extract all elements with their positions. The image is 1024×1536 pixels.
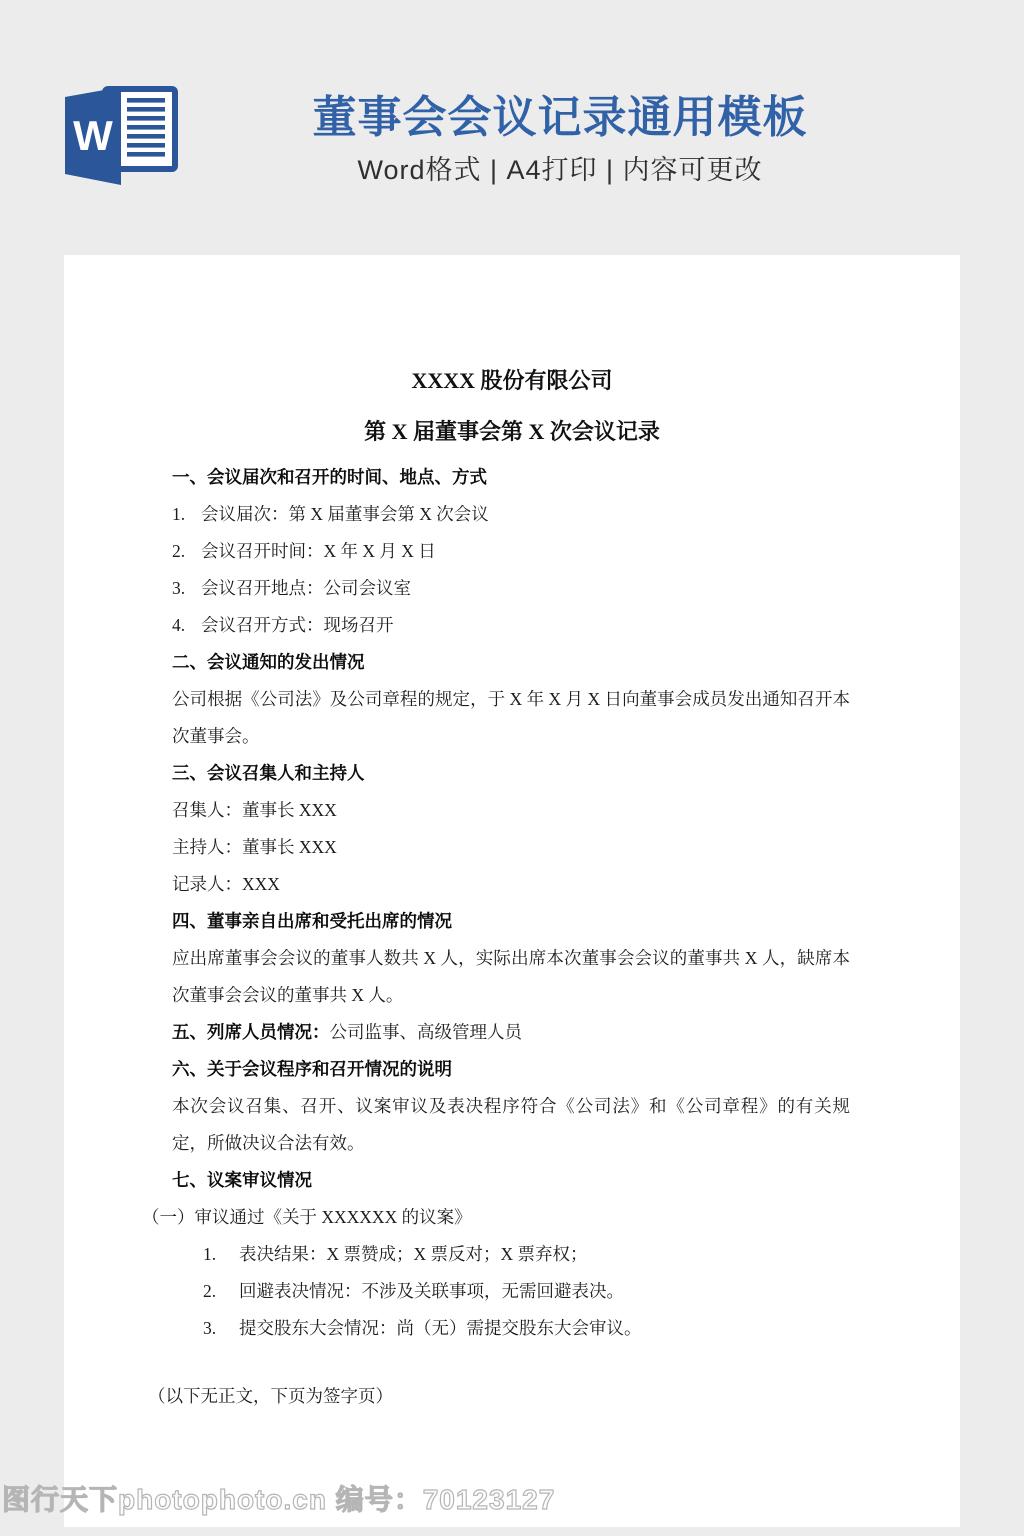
sub-list-item: 3.提交股东大会情况：尚（无）需提交股东大会审议。 [203, 1310, 960, 1347]
watermark-text: 图行天下photophoto.cn 编号：70123127 [2, 1478, 555, 1518]
document-page: XXXX 股份有限公司 第 X 届董事会第 X 次会议记录 一、会议届次和召开的… [64, 255, 960, 1527]
list-item-number: 4. [172, 607, 201, 644]
page-subtitle: Word格式 | A4打印 | 内容可更改 [96, 154, 1024, 186]
paragraph: 应出席董事会会议的董事人数共 X 人，实际出席本次董事会会议的董事共 X 人，缺… [172, 940, 850, 1014]
list-item: 2.会议召开时间：X 年 X 月 X 日 [172, 533, 960, 570]
page-title: 董事会会议记录通用模板 [96, 90, 1024, 146]
document-titles: XXXX 股份有限公司 第 X 届董事会第 X 次会议记录 [64, 255, 960, 457]
list-item: 1.会议届次：第 X 届董事会第 X 次会议 [172, 496, 960, 533]
header: W 董事会会议记录通用模板 Word格式 | A4打印 | 内容可更改 [0, 0, 1024, 255]
list-item-number: 3. [172, 570, 201, 607]
document-body: 一、会议届次和召开的时间、地点、方式 1.会议届次：第 X 届董事会第 X 次会… [64, 457, 960, 1415]
list-item-text: 会议召开时间：X 年 X 月 X 日 [201, 541, 436, 561]
template-preview-page: { "header": { "title": "董事会会议记录通用模板", "s… [0, 0, 1024, 1536]
paragraph: 召集人：董事长 XXX [172, 792, 850, 829]
list-item: 4.会议召开方式：现场召开 [172, 607, 960, 644]
sub-list-item-text: 表决结果：X 票赞成；X 票反对；X 票弃权； [239, 1244, 588, 1264]
sub-list-item-number: 1. [203, 1236, 239, 1273]
section-heading-2: 二、会议通知的发出情况 [172, 644, 960, 681]
sub-list-item-number: 2. [203, 1273, 239, 1310]
list-item-text: 会议届次：第 X 届董事会第 X 次会议 [201, 504, 489, 524]
section-heading-3: 三、会议召集人和主持人 [172, 755, 960, 792]
list-item-number: 1. [172, 496, 201, 533]
document-subtitle: 第 X 届董事会第 X 次会议记录 [64, 406, 960, 457]
section-heading-5: 五、列席人员情况：公司监事、高级管理人员 [172, 1014, 960, 1051]
list-item-text: 会议召开方式：现场召开 [201, 615, 394, 635]
section-heading-7: 七、议案审议情况 [172, 1162, 960, 1199]
paragraph: 主持人：董事长 XXX [172, 829, 850, 866]
sub-list-item-text: 回避表决情况：不涉及关联事项，无需回避表决。 [239, 1281, 624, 1301]
section-heading-5-label: 五、列席人员情况： [172, 1022, 330, 1042]
paragraph: 记录人：XXX [172, 866, 850, 903]
section-heading-5-value: 公司监事、高级管理人员 [330, 1022, 523, 1042]
list-item: 3.会议召开地点：公司会议室 [172, 570, 960, 607]
list-item-text: 会议召开地点：公司会议室 [201, 578, 411, 598]
paragraph: 公司根据《公司法》及公司章程的规定，于 X 年 X 月 X 日向董事会成员发出通… [172, 681, 850, 755]
closing-note: （以下无正文，下页为签字页） [148, 1378, 960, 1415]
sub-list-item: 1.表决结果：X 票赞成；X 票反对；X 票弃权； [203, 1236, 960, 1273]
section-heading-6: 六、关于会议程序和召开情况的说明 [172, 1051, 960, 1088]
sub-heading: （一）审议通过《关于 XXXXXX 的议案》 [142, 1199, 960, 1236]
sub-list-item-text: 提交股东大会情况：尚（无）需提交股东大会审议。 [239, 1318, 642, 1338]
section-heading-1: 一、会议届次和召开的时间、地点、方式 [172, 459, 960, 496]
paragraph: 本次会议召集、召开、议案审议及表决程序符合《公司法》和《公司章程》的有关规定，所… [172, 1088, 850, 1162]
list-item-number: 2. [172, 533, 201, 570]
section-heading-4: 四、董事亲自出席和受托出席的情况 [172, 903, 960, 940]
sub-list-item-number: 3. [203, 1310, 239, 1347]
header-text: 董事会会议记录通用模板 Word格式 | A4打印 | 内容可更改 [96, 90, 1024, 186]
document-title: XXXX 股份有限公司 [64, 355, 960, 406]
sub-list-item: 2.回避表决情况：不涉及关联事项，无需回避表决。 [203, 1273, 960, 1310]
